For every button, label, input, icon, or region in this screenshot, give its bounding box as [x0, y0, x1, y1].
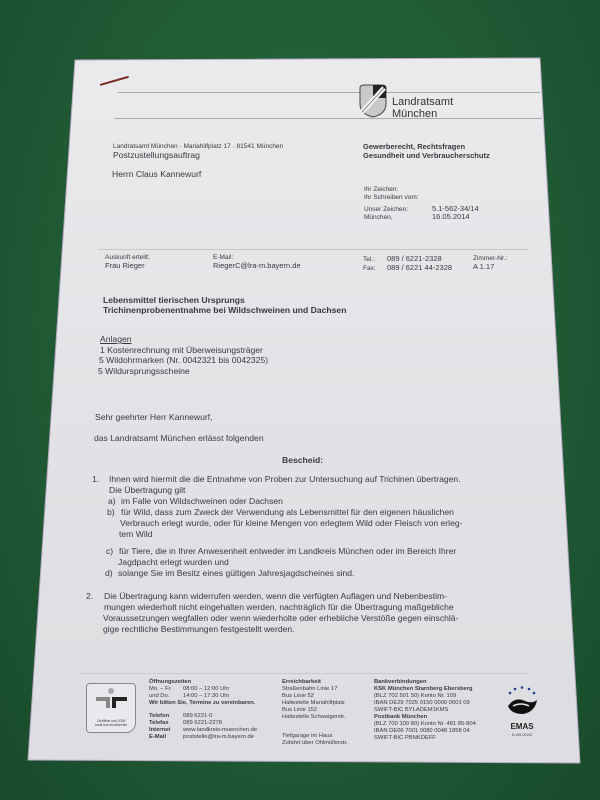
emas-label: EMAS [497, 723, 547, 731]
emas-logo: EMAS D-155-00192 [497, 684, 547, 739]
unser-zeichen-label: Unser Zeichen: [364, 206, 408, 213]
bank1-line: IBAN DE29 7025 0150 0000 0001 09 [374, 700, 470, 707]
sub-item-label: a) [108, 497, 116, 507]
bank1-line: (BLZ 702 501 50) Konto Nr. 109 [374, 693, 456, 700]
hours-day: und Do. [149, 693, 169, 700]
certificate-logo: Zertifikat seit 2008 audit berufundfamil… [86, 683, 136, 733]
intro-text: das Landratsamt München erlässt folgende… [94, 434, 264, 444]
attachment-item: 5 Wildohrmarken (Nr. 0042321 bis 0042325… [99, 356, 268, 366]
sub-item-line: solange Sie im Besitz eines gültigen Jah… [118, 569, 354, 579]
bank1-line: SWIFT-BIC BYLADEM1KMS [374, 707, 448, 714]
bank-heading: Bankverbindungen [374, 679, 427, 686]
tel-label: Tel.: [363, 256, 375, 263]
emas-sub: D-155-00192 [497, 733, 547, 737]
sub-item-label: b) [107, 508, 115, 518]
email-value: RiegerC@lra-m.bayern.de [213, 262, 301, 271]
contact-rule-top [98, 249, 528, 250]
bank2-line: SWIFT-BIC PBNKDEFF [374, 735, 436, 742]
website-link[interactable]: www.landkreis-muenchen.de [183, 727, 257, 734]
subject-line2: Trichinenprobenentnahme bei Wildschweine… [103, 306, 346, 316]
sub-item-label: d) [105, 569, 113, 579]
place-label: München, [364, 214, 393, 221]
contact-label: Telefon [149, 713, 169, 720]
attachments-heading: Anlagen [100, 335, 132, 345]
letter-date: 16.05.2014 [432, 213, 470, 222]
sub-item-line: tem Wild [119, 530, 152, 540]
sub-item-line: Verbrauch erlegt wurde, oder für kleine … [120, 519, 463, 529]
salutation: Sehr geehrter Herr Kannewurf, [95, 413, 213, 423]
delivery-type: Postzustellungsauftrag [113, 151, 200, 161]
point2-number: 2. [86, 592, 93, 602]
hours-day: Mo. – Fr. [149, 686, 172, 693]
bank2-name: Postbank München [374, 714, 427, 721]
fax-label: Fax: [363, 265, 376, 272]
sub-item-line: Jagdpacht erlegt wurden und [118, 558, 229, 568]
emas-icon [497, 684, 547, 718]
bank2-line: (BLZ 700 100 80) Konto Nr. 481 85-804 [374, 721, 476, 728]
header-rule-bottom [114, 118, 542, 119]
sub-item-line: für Tiere, die in Ihrer Anwesenheit entw… [119, 547, 456, 557]
decision-heading: Bescheid: [282, 456, 323, 466]
attachment-item: 5 Wildursprungsscheine [98, 367, 190, 377]
bank1-name: KSK München Starnberg Ebersberg [374, 686, 473, 693]
point2-line: gige rechtliche Bestimmungen festgestell… [103, 625, 295, 635]
hours-time: 14:00 – 17:30 Uhr [183, 693, 229, 700]
point1-line: Ihnen wird hiermit die die Entnahme von … [109, 475, 461, 485]
hours-time: 08:00 – 12:00 Uhr [183, 686, 229, 693]
reach-line: Bus Linie 152 [282, 707, 317, 714]
appointment-note: Wir bitten Sie, Termine zu vereinbaren. [149, 700, 255, 707]
berufundfamilie-icon [87, 684, 135, 714]
reach-line: Straßenbahn Linie 17 [282, 686, 337, 693]
contact-label: Telefax [149, 720, 169, 727]
department-line2: Gesundheit und Verbraucherschutz [363, 152, 490, 161]
contact-value: 089 6221-2278 [183, 720, 222, 727]
cert-text2: audit berufundfamilie [87, 723, 135, 727]
org-name-line1: Landratsamt [392, 96, 453, 108]
point1-number: 1. [92, 475, 99, 485]
header-rule-top [118, 92, 540, 93]
coat-of-arms-icon [358, 84, 388, 118]
parking-line: Tiefgarage im Haus [282, 733, 332, 740]
point2-line: Voraussetzungen wegfallen oder wenn wied… [103, 614, 458, 624]
point2-line: mungen wiederholt nicht eingehalten werd… [104, 603, 454, 613]
footer-rule [80, 673, 528, 674]
sub-item-label: c) [106, 547, 113, 557]
reach-line: Haltestelle Schweigerstr. [282, 714, 345, 721]
auskunft-value: Frau Rieger [105, 262, 145, 271]
bank2-line: IBAN DE06 7001 0080 0048 1858 04 [374, 728, 470, 735]
fax-value: 089 / 6221 44-2328 [387, 264, 452, 273]
sub-item-line: für Wild, dass zum Zweck der Verwendung … [121, 508, 454, 518]
contact-value: 089 6221-0 [183, 713, 212, 720]
point2-line: Die Übertragung kann widerrufen werden, … [104, 592, 447, 602]
reach-line: Bus Linie 52 [282, 693, 314, 700]
org-name-line2: München [392, 108, 437, 120]
contact-label: E-Mail [149, 734, 166, 741]
parking-line: Zufahrt über Ohlmüllerstr. [282, 740, 348, 747]
ihr-schreiben-label: Ihr Schreiben vom: [364, 194, 419, 201]
room-value: A 1.17 [473, 263, 494, 272]
reach-heading: Erreichbarkeit [282, 679, 321, 686]
hours-heading: Öffnungszeiten [149, 679, 191, 686]
point1-line: Die Übertragung gilt [109, 486, 185, 496]
contact-label: Internet [149, 727, 170, 734]
email-link[interactable]: poststelle@lra-m.bayern.de [183, 734, 254, 741]
ihr-zeichen-label: Ihr Zeichen: [364, 186, 398, 193]
sub-item-line: im Falle von Wildschweinen oder Dachsen [121, 497, 283, 507]
recipient: Herrn Claus Kannewurf [112, 170, 201, 180]
reach-line: Haltestelle Mariahilfplatz [282, 700, 345, 707]
